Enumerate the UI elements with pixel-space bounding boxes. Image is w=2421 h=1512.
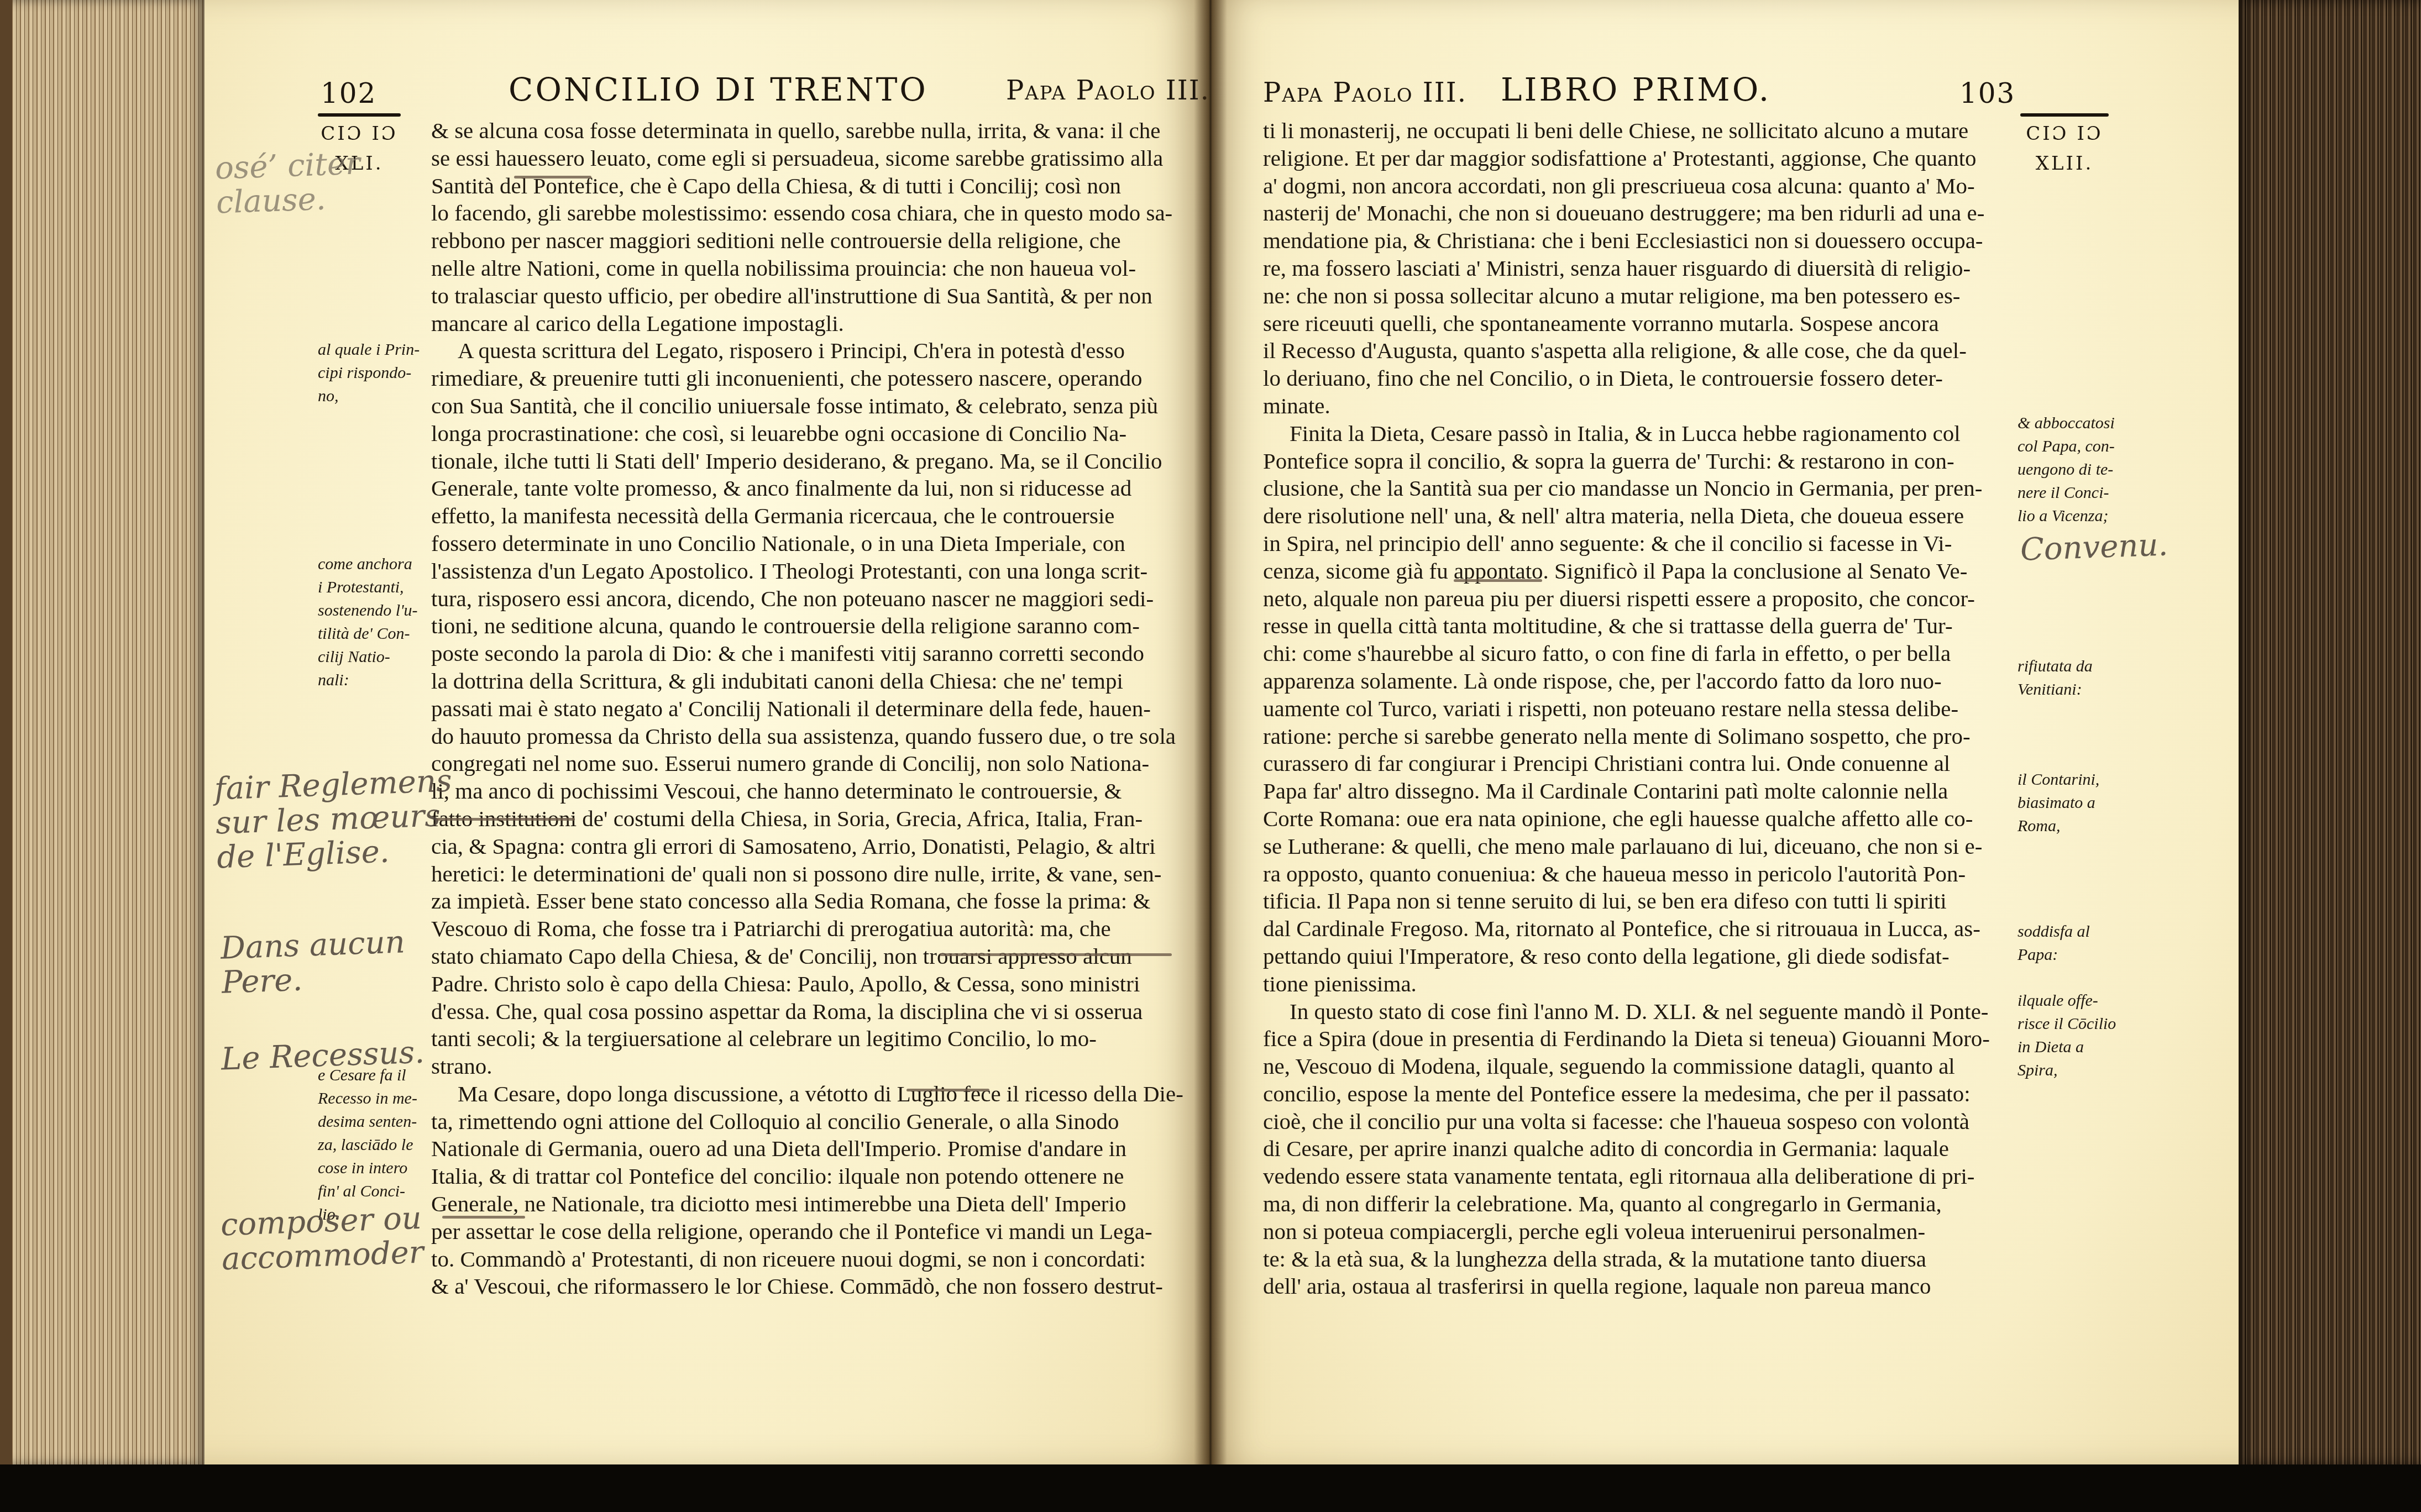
text-line: curassero di far congiurar i Prencipi Ch… xyxy=(1263,750,2015,778)
year-note-line: XLII. xyxy=(2020,149,2109,179)
text-line: stato chiamato Capo della Chiesa, & de' … xyxy=(431,943,1194,970)
margin-rule xyxy=(318,113,401,117)
text-line: cioè, che il concilio pur una volta si f… xyxy=(1263,1108,2015,1136)
gloss-line: il Contarini, xyxy=(2018,768,2099,791)
ink-underline xyxy=(1454,579,1542,582)
gloss-line: no, xyxy=(318,385,420,408)
gloss-line: rifiutata da xyxy=(2018,655,2093,678)
text-line: effetto, la manifesta necessità della Ge… xyxy=(431,502,1194,530)
gloss-line: Papa: xyxy=(2018,943,2090,967)
gloss-line: cilij Natio- xyxy=(318,645,418,669)
text-line: Finita la Dieta, Cesare passò in Italia,… xyxy=(1263,420,2015,448)
gloss-line: i Protestanti, xyxy=(318,576,418,599)
gloss-line: uengono di te- xyxy=(2018,458,2115,481)
year-note-right: CIƆ IƆ XLII. xyxy=(2020,119,2109,179)
text-line: In questo stato di cose finì l'anno M. D… xyxy=(1263,998,2015,1026)
text-line: ne, Vescouo di Modena, ilquale, seguendo… xyxy=(1263,1053,2015,1080)
text-line: Padre. Christo solo è capo della Chiesa:… xyxy=(431,970,1194,998)
text-line: Corte Romana: oue era nata opinione, che… xyxy=(1263,805,2015,833)
text-line: sere riceuuti quelli, che spontaneamente… xyxy=(1263,310,2015,338)
gloss-line: Roma, xyxy=(2018,815,2099,838)
printed-gloss: & abboccatosicol Papa, con-uengono di te… xyxy=(2018,412,2115,528)
gloss-line: sostenendo l'u- xyxy=(318,599,418,622)
text-line: strano. xyxy=(431,1053,1194,1080)
text-line: pettando quiui l'Imperatore, & reso cont… xyxy=(1263,943,2015,970)
gloss-line: lio a Vicenza; xyxy=(2018,505,2115,528)
ink-underline xyxy=(442,1216,525,1219)
gloss-line: cose in intero xyxy=(318,1157,417,1180)
text-line: rebbono per nascer maggiori seditioni ne… xyxy=(431,227,1194,255)
text-line: Generale, tante volte promesso, & anco f… xyxy=(431,475,1194,502)
text-line: Vescouo di Roma, che fosse tra i Patriar… xyxy=(431,915,1194,943)
year-note-line: CIƆ IƆ xyxy=(318,119,401,149)
text-line: lo facendo, gli sarebbe molestissimo: es… xyxy=(431,200,1194,227)
text-line: congregati nel nome suo. Esserui numero … xyxy=(431,750,1194,778)
text-line: con Sua Santità, che il concilio uniuers… xyxy=(431,392,1194,420)
text-line: li, ma anco di pochissimi Vescoui, che h… xyxy=(431,778,1194,805)
text-line: ti li monasterij, ne occupati li beni de… xyxy=(1263,117,2015,145)
gloss-line: col Papa, con- xyxy=(2018,435,2115,458)
text-line: cenza, sicome già fu appontato. Signific… xyxy=(1263,558,2015,585)
text-line: concilio, espose la mente del Pontefice … xyxy=(1263,1080,2015,1108)
gloss-line: Venitiani: xyxy=(2018,678,2093,701)
gloss-line: in Dieta a xyxy=(2018,1036,2116,1059)
handwritten-note: Dans aucunPere. xyxy=(220,925,407,1000)
handwritten-line: osé’ citer xyxy=(214,146,361,186)
page-number-right: 103 xyxy=(1959,77,2015,109)
text-line: tioni, ne seditione alcuna, quando le co… xyxy=(431,612,1194,640)
text-line: dere risolutione nell' una, & nell' altr… xyxy=(1263,502,2015,530)
printed-gloss: soddisfa alPapa: xyxy=(2018,920,2090,967)
text-line: A questa scrittura del Legato, risposero… xyxy=(431,337,1194,365)
text-line: in Spira, nel principio dell' anno segue… xyxy=(1263,530,2015,558)
handwritten-line: Pere. xyxy=(221,959,407,1000)
body-text-left: & se alcuna cosa fosse determinata in qu… xyxy=(431,117,1194,1300)
book-cover-edge xyxy=(0,0,12,1464)
running-pope-left: Papa Paolo III. xyxy=(1006,75,1210,106)
text-line: & a' Vescoui, che riformassero le lor Ch… xyxy=(431,1273,1194,1300)
text-line: vedendo essere stata vanamente tentata, … xyxy=(1263,1163,2015,1190)
running-title-left: CONCILIO DI TRENTO xyxy=(509,71,928,108)
text-line: passati mai è stato negato a' Concilij N… xyxy=(431,695,1194,723)
text-line: resse in quella città tanta moltitudine,… xyxy=(1263,612,2015,640)
text-line: ra opposto, quanto conueniua: & che haue… xyxy=(1263,860,2015,888)
text-line: neto, alquale non pareua piu per diuersi… xyxy=(1263,585,2015,613)
handwritten-note: Le Recessus. xyxy=(221,1036,425,1077)
left-fore-edge xyxy=(0,0,205,1464)
text-line: nelle altre Nationi, come in quella nobi… xyxy=(431,255,1194,282)
gloss-line: come anchora xyxy=(318,553,418,576)
text-line: ne: che non si possa sollecitar alcuno a… xyxy=(1263,282,2015,310)
right-fore-edge xyxy=(2239,0,2421,1464)
gloss-line: tilità de' Con- xyxy=(318,622,418,645)
handwritten-line: Dans aucun xyxy=(220,925,406,966)
text-line: tione pienissima. xyxy=(1263,970,2015,998)
text-line: dell' aria, ostaua al trasferirsi in que… xyxy=(1263,1273,2015,1300)
text-line: dal Cardinale Fregoso. Ma, ritornato al … xyxy=(1263,915,2015,943)
gloss-line: risce il Cōcilio xyxy=(2018,1012,2116,1036)
text-line: Papa far' altro dissegno. Ma il Cardinal… xyxy=(1263,778,2015,805)
handwritten-note: Convenu. xyxy=(2020,528,2168,567)
printed-gloss: rifiutata daVenitiani: xyxy=(2018,655,2093,701)
gloss-line: fin' al Conci- xyxy=(318,1180,417,1203)
left-page: 102 CONCILIO DI TRENTO Papa Paolo III. C… xyxy=(205,0,1208,1464)
text-line: do hauuto promessa da Christo della sua … xyxy=(431,723,1194,750)
text-line: Pontefice sopra il concilio, & sopra la … xyxy=(1263,448,2015,475)
text-line: religione. Et per dar maggior sodisfatti… xyxy=(1263,145,2015,172)
handwritten-line: accommoder xyxy=(221,1236,424,1277)
text-line: tionale, ilche tutti li Stati dell' Impe… xyxy=(431,448,1194,475)
text-line: fossero determinate in uno Concilio Nati… xyxy=(431,530,1194,558)
text-line: per assettar le cose della religione, op… xyxy=(431,1218,1194,1246)
ink-underline xyxy=(514,176,591,179)
text-line: za impietà. Esser bene stato concesso al… xyxy=(431,888,1194,915)
handwritten-note: composer ouaccommoder xyxy=(220,1201,425,1277)
text-line: la dottrina della Scrittura, & gli indub… xyxy=(431,668,1194,695)
page-number-left: 102 xyxy=(321,77,376,109)
text-line: tanti secoli; & la tergiuersatione al ce… xyxy=(431,1025,1194,1053)
text-line: mendatione pia, & Christiana: che i beni… xyxy=(1263,227,2015,255)
text-line: nasterij de' Monachi, che non si doueuan… xyxy=(1263,200,2015,227)
text-line: fice a Spira (doue in presentia di Ferdi… xyxy=(1263,1025,2015,1053)
text-line: Nationale di Germania, ouero ad una Diet… xyxy=(431,1135,1194,1163)
text-line: to. Commandò a' Protestanti, di non rice… xyxy=(431,1246,1194,1273)
text-line: ratione: perche si sarebbe generato nell… xyxy=(1263,723,2015,750)
background-surface xyxy=(0,1464,2421,1512)
handwritten-line: de l'Eglise. xyxy=(216,832,455,875)
text-line: minate. xyxy=(1263,392,2015,420)
printed-gloss: come anchorai Protestanti,sostenendo l'u… xyxy=(318,553,418,692)
text-line: uamente col Turco, variati i rispetti, n… xyxy=(1263,695,2015,723)
text-line: mancare al carico della Legatione impost… xyxy=(431,310,1194,338)
text-line: ta, rimettendo ogni attione del Colloqui… xyxy=(431,1108,1194,1136)
printed-gloss: ilquale offe-risce il Cōcilioin Dieta aS… xyxy=(2018,989,2116,1082)
text-line: chi: come s'haurebbe al sicuro fatto, o … xyxy=(1263,640,2015,668)
text-line: non si poteua compiacergli, perche egli … xyxy=(1263,1218,2015,1246)
printed-gloss: il Contarini,biasimato aRoma, xyxy=(2018,768,2099,838)
text-line: tificia. Il Papa non si tenne seruito di… xyxy=(1263,888,2015,915)
open-book: 102 CONCILIO DI TRENTO Papa Paolo III. C… xyxy=(0,0,2421,1464)
text-line: Italia, & di trattar col Pontefice del c… xyxy=(431,1163,1194,1190)
text-line: Ma Cesare, dopo longa discussione, a vét… xyxy=(431,1080,1194,1108)
gloss-line: & abboccatosi xyxy=(2018,412,2115,435)
text-line: heretici: le determinationi de' quali no… xyxy=(431,860,1194,888)
text-line: se Lutherane: & quelli, che meno male pa… xyxy=(1263,833,2015,860)
gloss-line: nere il Conci- xyxy=(2018,481,2115,505)
text-line: di Cesare, per aprire inanzi qualche adi… xyxy=(1263,1135,2015,1163)
text-line: ma, di non differir la celebratione. Ma,… xyxy=(1263,1190,2015,1218)
handwritten-line: Le Recessus. xyxy=(221,1036,425,1077)
handwritten-line: Convenu. xyxy=(2020,528,2168,567)
text-line: apparenza solamente. Là onde rispose, ch… xyxy=(1263,668,2015,695)
margin-rule xyxy=(2020,113,2109,117)
text-line: te: & la età sua, & la lunghezza della s… xyxy=(1263,1246,2015,1273)
text-line: Generale, ne Nationale, tra diciotto mes… xyxy=(431,1190,1194,1218)
text-line: re, ma fossero lasciati a' Ministri, sen… xyxy=(1263,255,2015,282)
text-line: a' dogmi, non ancora accordati, non gli … xyxy=(1263,172,2015,200)
year-note-line: CIƆ IƆ xyxy=(2020,119,2109,149)
right-page: Papa Paolo III. LIBRO PRIMO. 103 CIƆ IƆ … xyxy=(1208,0,2239,1464)
gloss-line: Spira, xyxy=(2018,1059,2116,1082)
text-line: tura, risposero essi ancora, dicendo, Ch… xyxy=(431,585,1194,613)
text-line: cia, & Spagna: contra gli errori di Samo… xyxy=(431,833,1194,860)
text-line: se essi hauessero leuato, come egli si p… xyxy=(431,145,1194,172)
handwritten-line: clause. xyxy=(216,181,362,220)
text-line: l'assistenza d'un Legato Apostolico. I T… xyxy=(431,558,1194,585)
text-line: d'essa. Che, qual cosa possino aspettar … xyxy=(431,998,1194,1026)
ink-underline xyxy=(906,1089,989,1091)
text-line: & se alcuna cosa fosse determinata in qu… xyxy=(431,117,1194,145)
running-title-right: LIBRO PRIMO. xyxy=(1501,71,1771,108)
book-gutter xyxy=(1194,0,1227,1464)
gloss-line: al quale i Prin- xyxy=(318,338,420,361)
text-line: il Recesso d'Augusta, quanto s'aspetta a… xyxy=(1263,337,2015,365)
gloss-line: Recesso in me- xyxy=(318,1087,417,1110)
gloss-line: biasimato a xyxy=(2018,791,2099,815)
gloss-line: za, lasciādo le xyxy=(318,1133,417,1157)
ink-underline xyxy=(940,953,1172,956)
handwritten-note: osé’ citerclause. xyxy=(214,146,362,220)
text-line: lo deriuano, fino che nel Concilio, o in… xyxy=(1263,365,2015,392)
text-line: clusione, che la Santità sua per cio man… xyxy=(1263,475,2015,502)
text-line: longa procrastinatione: che così, si leu… xyxy=(431,420,1194,448)
gloss-line: nali: xyxy=(318,669,418,692)
text-line: rimediare, & preuenire tutti gli inconue… xyxy=(431,365,1194,392)
gloss-line: cipi rispondo- xyxy=(318,361,420,385)
text-line: poste secondo la parola di Dio: & che i … xyxy=(431,640,1194,668)
gloss-line: ilquale offe- xyxy=(2018,989,2116,1012)
body-text-right: ti li monasterij, ne occupati li beni de… xyxy=(1263,117,2015,1300)
ink-underline xyxy=(437,818,575,821)
handwritten-note: fair Reglemenssur les mœursde l'Eglise. xyxy=(214,764,455,875)
gloss-line: desima senten- xyxy=(318,1110,417,1133)
gloss-line: soddisfa al xyxy=(2018,920,2090,943)
text-line: to tralasciar questo ufficio, per obedir… xyxy=(431,282,1194,310)
printed-gloss: al quale i Prin-cipi rispondo-no, xyxy=(318,338,420,408)
running-pope-right: Papa Paolo III. xyxy=(1263,77,1467,108)
